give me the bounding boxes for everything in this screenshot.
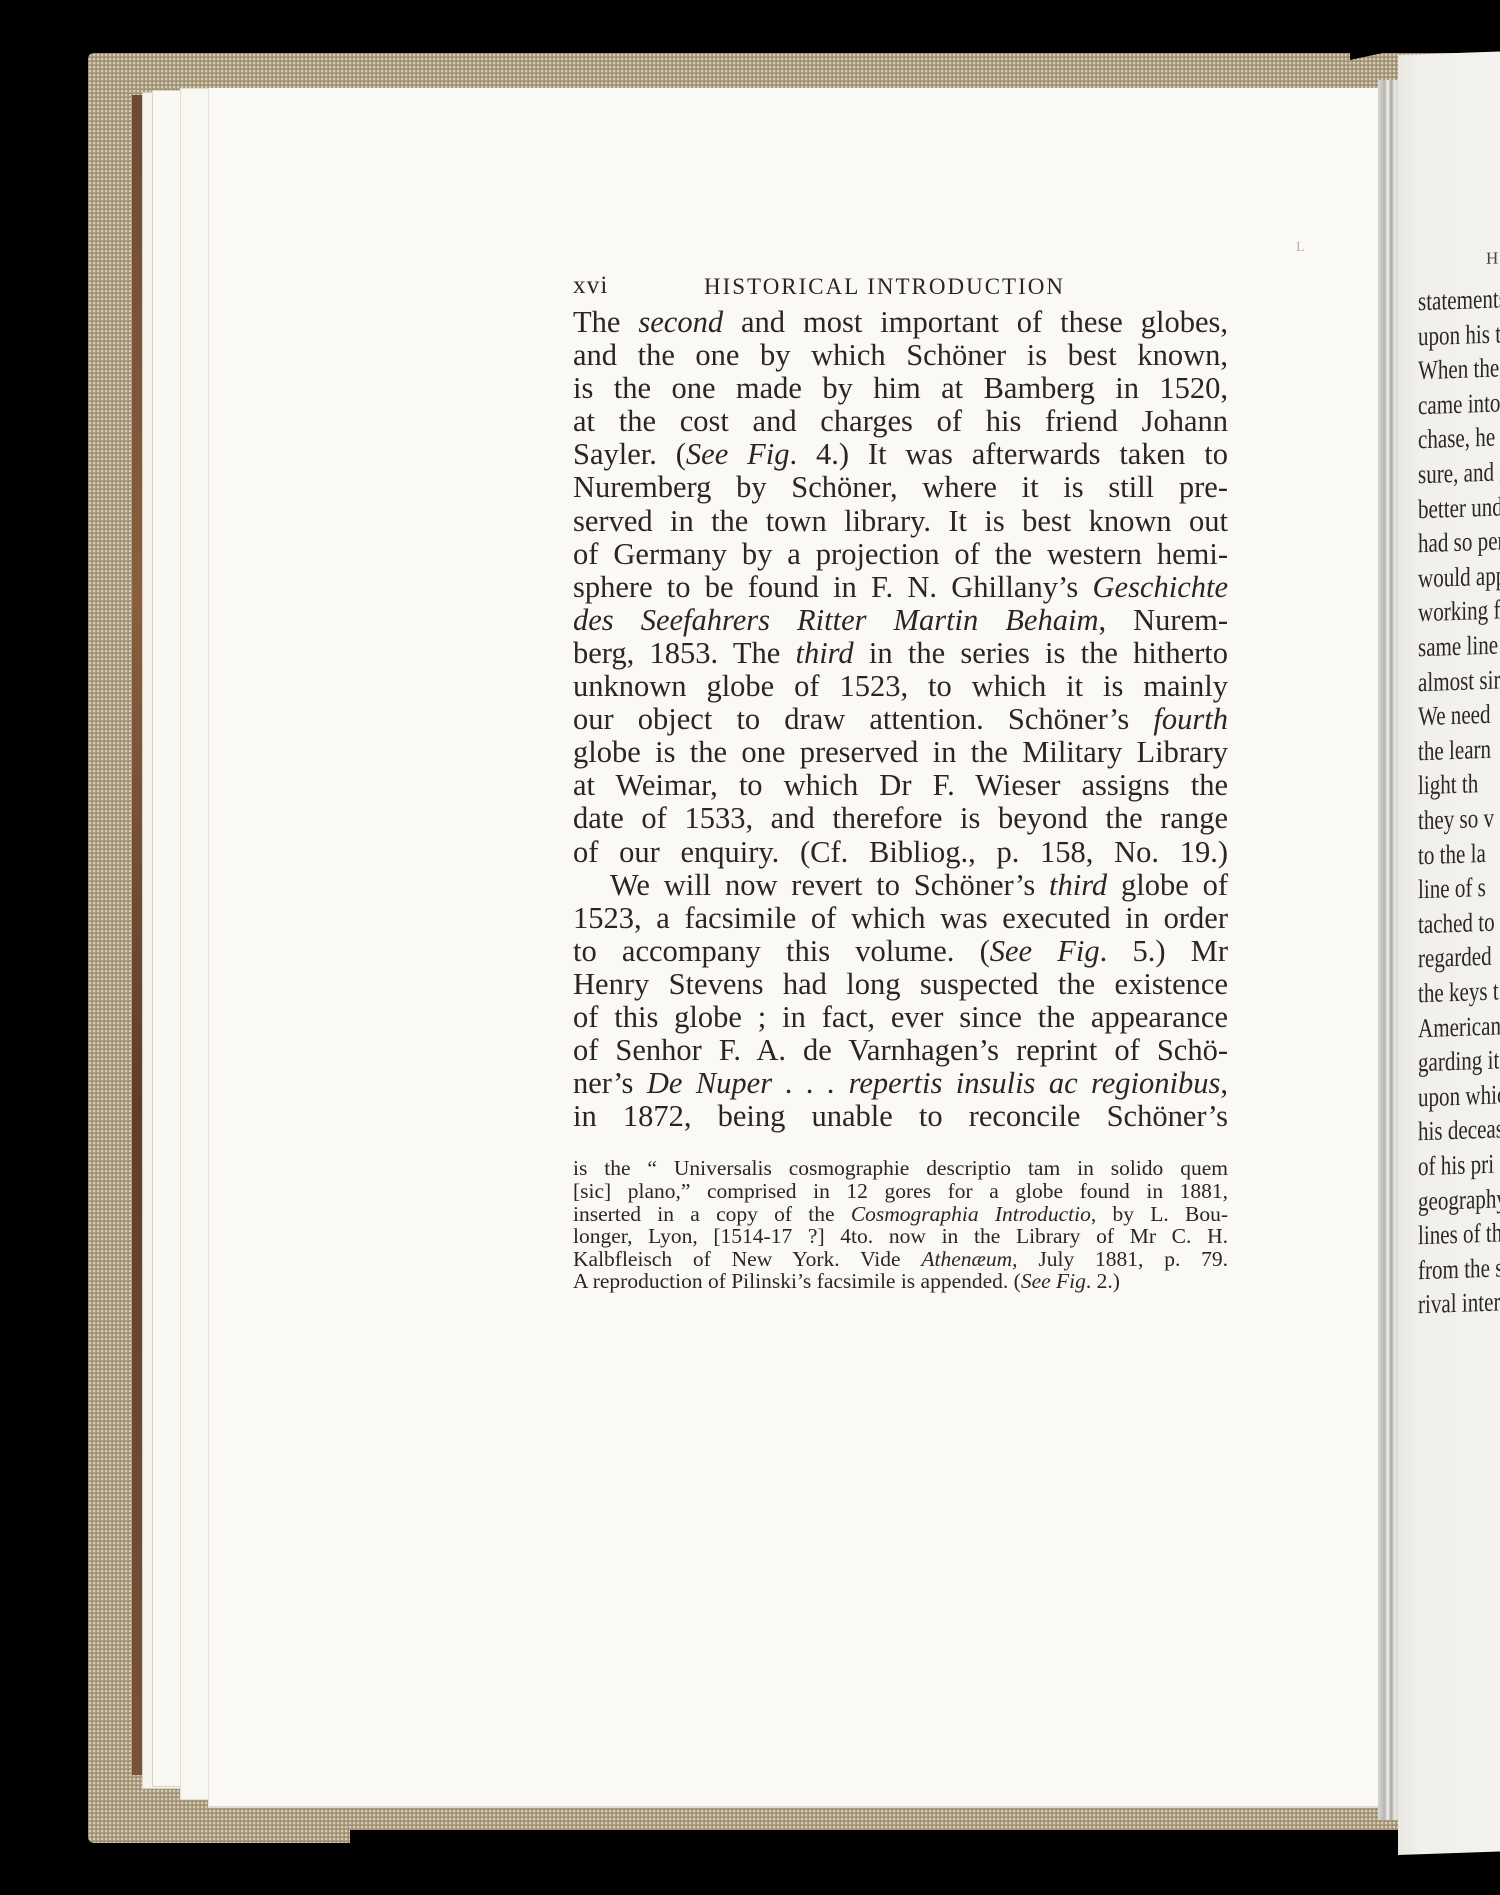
footnote-line: [sic] plano,” comprised in 12 gores for …: [573, 1180, 1228, 1203]
text-line: The second and most important of these g…: [573, 306, 1228, 339]
facing-text-line: lines of th: [1418, 1218, 1500, 1252]
facing-text-line: upon whic: [1418, 1079, 1500, 1113]
footnote-line: Kalbfleisch of New York. Vide Athenæum, …: [573, 1248, 1228, 1271]
text-line: Sayler. (See Fig. 4.) It was afterwards …: [573, 438, 1228, 471]
facing-text-line: to the la: [1418, 838, 1486, 871]
facing-text-line: they so v: [1418, 803, 1494, 837]
facing-text-line: When the c: [1418, 352, 1500, 386]
facing-text-line: would app: [1418, 560, 1500, 594]
facing-text-line: better und: [1418, 491, 1500, 525]
facing-text-line: his decease: [1418, 1113, 1500, 1147]
facing-text-line: garding it: [1418, 1045, 1499, 1079]
facing-text-line: had so per: [1418, 525, 1500, 559]
marbled-page-edge: [132, 95, 142, 1775]
text-line: Henry Stevens had long suspected the exi…: [573, 968, 1228, 1001]
facing-text-line: came into t: [1418, 387, 1500, 421]
text-line: ner’s De Nuper . . . repertis insulis ac…: [573, 1067, 1228, 1100]
text-line: our object to draw attention. Schöner’s …: [573, 703, 1228, 736]
facing-text-line: of his pri: [1418, 1149, 1494, 1183]
page-text-block: xvi HISTORICAL INTRODUCTION The second a…: [573, 272, 1228, 1293]
facing-text-line: same line: [1418, 630, 1498, 664]
text-line: of our enquiry. (Cf. Bibliog., p. 158, N…: [573, 836, 1228, 869]
footnote-line: inserted in a copy of the Cosmographia I…: [573, 1203, 1228, 1226]
text-line: We will now revert to Schöner’s third gl…: [573, 869, 1228, 902]
text-line: of Senhor F. A. de Varnhagen’s reprint o…: [573, 1034, 1228, 1067]
paper-mark: L: [1296, 240, 1305, 256]
text-line: of this globe ; in fact, ever since the …: [573, 1001, 1228, 1034]
text-line: sphere to be found in F. N. Ghillany’s G…: [573, 571, 1228, 604]
facing-text-line: working f: [1418, 595, 1500, 629]
facing-text-line: We need: [1418, 699, 1491, 733]
facing-text-line: regarded: [1418, 941, 1492, 975]
text-line: served in the town library. It is best k…: [573, 505, 1228, 538]
footnote-line: longer, Lyon, [1514-17 ?] 4to. now in th…: [573, 1225, 1228, 1248]
facing-text-line: from the s: [1418, 1252, 1500, 1286]
text-line: berg, 1853. The third in the series is t…: [573, 637, 1228, 670]
facing-text-line: chase, he a: [1418, 421, 1500, 455]
footnote: is the “ Universalis cosmographie descri…: [573, 1157, 1228, 1293]
text-line: at the cost and charges of his friend Jo…: [573, 405, 1228, 438]
facing-text-line: statements: [1418, 283, 1500, 317]
text-line: at Weimar, to which Dr F. Wieser assigns…: [573, 769, 1228, 802]
text-line: date of 1533, and therefore is beyond th…: [573, 802, 1228, 835]
facing-text-line: the keys t: [1418, 975, 1499, 1009]
facing-running-head: H: [1486, 248, 1499, 268]
text-line: des Seefahrers Ritter Martin Behaim, Nur…: [573, 604, 1228, 637]
text-line: and the one by which Schöner is best kno…: [573, 339, 1228, 372]
facing-text-line: line of s: [1418, 872, 1486, 905]
text-line: to accompany this volume. (See Fig. 5.) …: [573, 935, 1228, 968]
footnote-line: A reproduction of Pilinski’s facsimile i…: [573, 1270, 1228, 1293]
text-line: Nuremberg by Schöner, where it is still …: [573, 471, 1228, 504]
facing-text-line: tached to: [1418, 906, 1495, 940]
text-line: 1523, a facsimile of which was executed …: [573, 902, 1228, 935]
facing-text-line: the learn: [1418, 734, 1491, 768]
facing-page: H statementsupon his tWhen the ccame int…: [1398, 51, 1500, 1855]
body-text: The second and most important of these g…: [573, 306, 1228, 1133]
text-line: is the one made by him at Bamberg in 152…: [573, 372, 1228, 405]
footnote-line: is the “ Universalis cosmographie descri…: [573, 1157, 1228, 1180]
background-shadow: [1350, 0, 1500, 60]
facing-text-line: geography: [1418, 1183, 1500, 1217]
facing-text-line: sure, and ir: [1418, 456, 1500, 490]
text-line: of Germany by a projection of the wester…: [573, 538, 1228, 571]
text-line: in 1872, being unable to reconcile Schön…: [573, 1100, 1228, 1133]
facing-text-line: upon his t: [1418, 318, 1500, 352]
facing-text-line: American: [1418, 1010, 1500, 1044]
background-shadow: [350, 1830, 1500, 1895]
book-gutter: [1378, 80, 1400, 1820]
facing-text-line: rival interc: [1418, 1286, 1500, 1320]
text-line: unknown globe of 1523, to which it is ma…: [573, 670, 1228, 703]
running-head-title: HISTORICAL INTRODUCTION: [704, 274, 1065, 300]
facing-text-line: almost sir: [1418, 664, 1500, 698]
text-line: globe is the one preserved in the Milita…: [573, 736, 1228, 769]
page-number: xvi: [573, 272, 609, 300]
running-head: xvi HISTORICAL INTRODUCTION: [573, 272, 1228, 306]
facing-text-line: light th: [1418, 769, 1478, 802]
